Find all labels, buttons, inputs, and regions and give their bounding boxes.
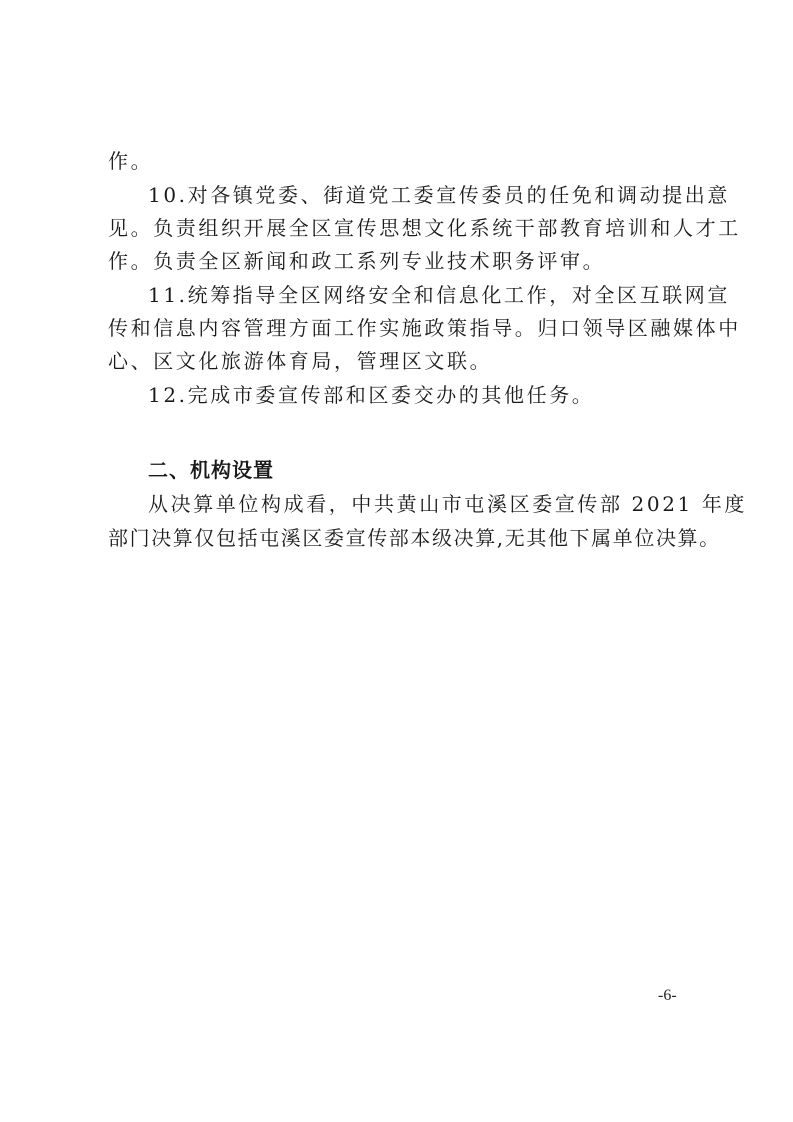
paragraph-line: 12.完成市委宣传部和区委交办的其他任务。	[148, 382, 696, 408]
paragraph-line: 作。负责全区新闻和政工系列专业技术职务评审。	[108, 248, 696, 274]
paragraph-line: 从决算单位构成看，中共黄山市屯溪区委宣传部 2021 年度	[148, 491, 696, 517]
paragraph-line: 传和信息内容管理方面工作实施政策指导。归口领导区融媒体中	[108, 315, 696, 341]
paragraph-line: 作。	[108, 148, 696, 174]
paragraph-line: 见。负责组织开展全区宣传思想文化系统干部教育培训和人才工	[108, 215, 696, 241]
section-heading: 二、机构设置	[148, 457, 696, 483]
paragraph-line: 10.对各镇党委、街道党工委宣传委员的任免和调动提出意	[148, 182, 696, 208]
paragraph-line: 心、区文化旅游体育局，管理区文联。	[108, 348, 696, 374]
page-number: -6-	[658, 987, 677, 1005]
paragraph-line: 11.统筹指导全区网络安全和信息化工作，对全区互联网宣	[148, 282, 696, 308]
paragraph-line: 部门决算仅包括屯溪区委宣传部本级决算,无其他下属单位决算。	[108, 525, 696, 551]
